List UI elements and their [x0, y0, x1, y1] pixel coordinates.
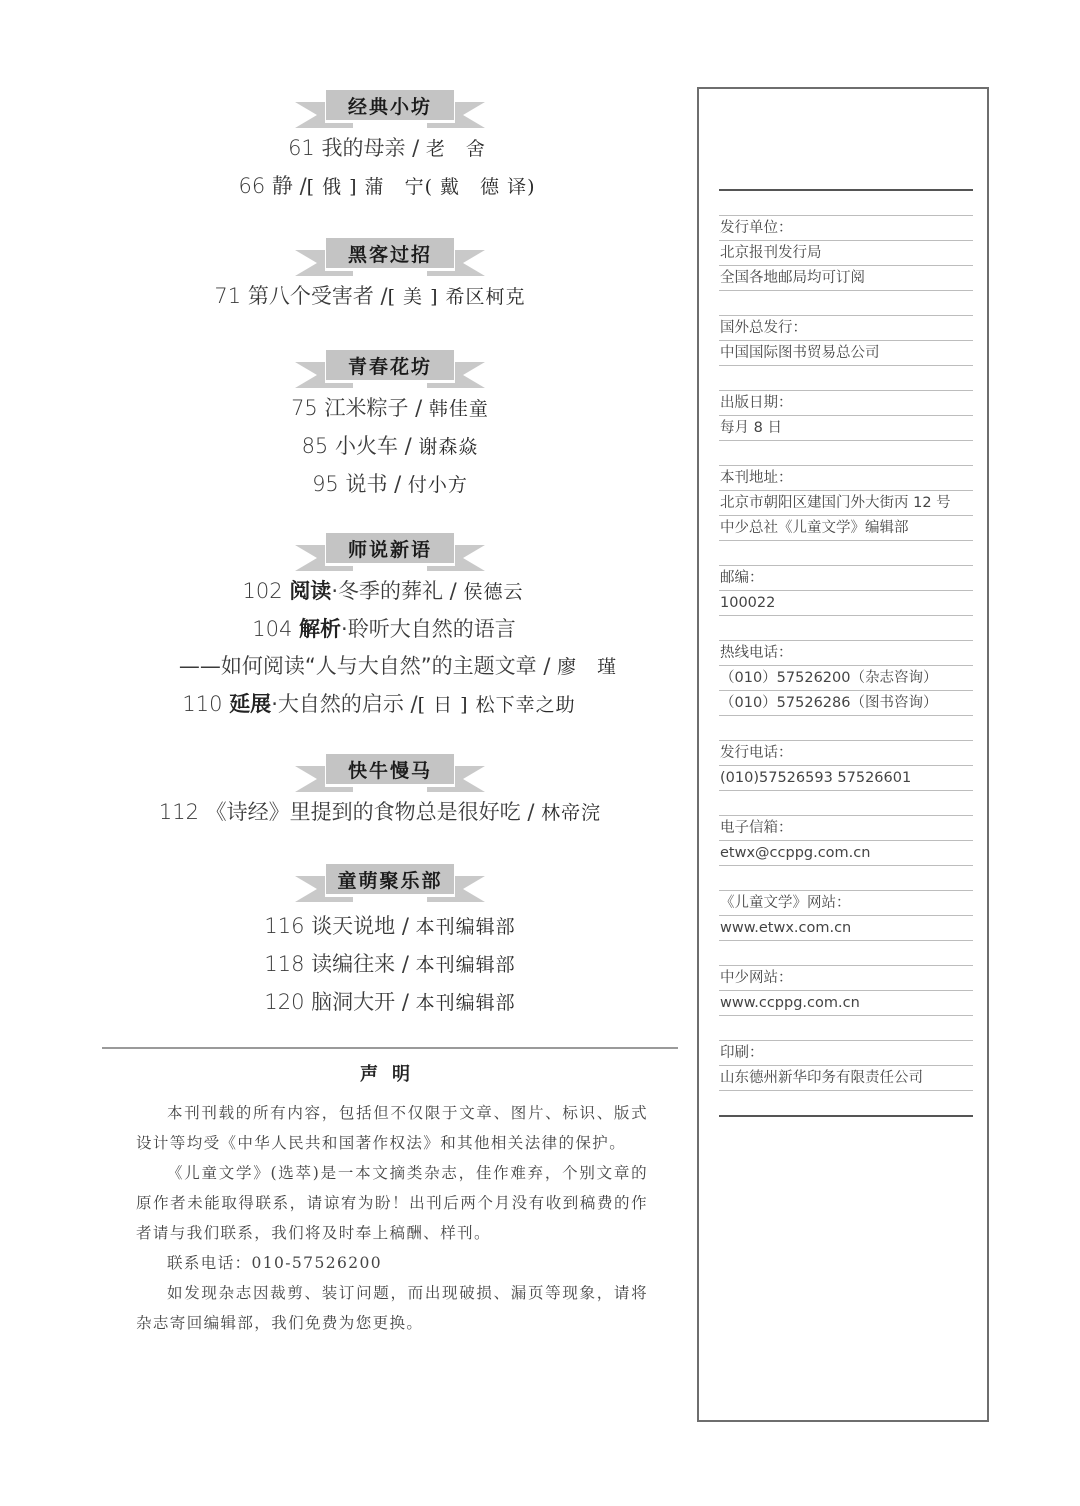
separator: /: [395, 952, 415, 976]
section-title: 经典小坊: [326, 90, 454, 122]
article-tag: 延展: [229, 692, 271, 716]
info-blank-row: [719, 541, 973, 566]
toc-section: 快牛慢马 112 《诗经》里提到的食物总是很好吃 / 林帝浣: [100, 750, 680, 832]
page-number: 75: [291, 396, 318, 420]
section-banner: 黑客过招: [295, 234, 485, 278]
article-author: 本刊编辑部: [416, 954, 516, 976]
section-title: 青春花坊: [326, 350, 454, 382]
page-number: 85: [302, 434, 329, 458]
section-banner: 经典小坊: [295, 86, 485, 130]
article-title: 小火车: [335, 434, 398, 458]
article-tag: 阅读: [289, 579, 331, 603]
article-author: 廖 瑾: [557, 656, 617, 678]
article-author: 林帝浣: [541, 802, 601, 824]
article-author: [ 俄 ] 蒲 宁( 戴 德 译): [307, 176, 536, 198]
separator: /: [537, 654, 557, 678]
info-label: 国外总发行：: [719, 316, 973, 341]
page-number: 95: [312, 472, 339, 496]
page-number: 71: [214, 284, 241, 308]
bottom-rule: [719, 1115, 973, 1117]
article-title: 第八个受害者: [248, 284, 374, 308]
info-label: 出版日期：: [719, 391, 973, 416]
toc-entry[interactable]: 104 解析·聆听大自然的语言: [88, 611, 680, 648]
toc-entry[interactable]: 75 江米粽子 / 韩佳童: [100, 390, 680, 428]
page-number: 118: [264, 952, 304, 976]
toc-section: 童萌聚乐部 116 谈天说地 / 本刊编辑部 118 读编往来 / 本刊编辑部 …: [100, 860, 680, 1022]
page-number: 66: [238, 174, 265, 198]
separator: /: [387, 472, 407, 496]
toc-entry[interactable]: 66 静 /[ 俄 ] 蒲 宁( 戴 德 译): [94, 168, 680, 206]
page-number: 61: [288, 136, 315, 160]
toc-entry-subtitle[interactable]: ——如何阅读“人与大自然”的主题文章 / 廖 瑾: [116, 648, 680, 686]
spacer: [719, 191, 973, 215]
toc-section: 黑客过招 71 第八个受害者 /[ 美 ] 希区柯克: [100, 234, 680, 316]
notice-contact-phone: 联系电话：010-57526200: [136, 1248, 648, 1278]
separator: /: [443, 579, 463, 603]
info-value: （010）57526286（图书咨询）: [719, 691, 973, 716]
article-author: 本刊编辑部: [416, 992, 516, 1014]
article-subtitle: ——如何阅读“人与大自然”的主题文章: [179, 654, 537, 678]
info-label: 中少网站：: [719, 966, 973, 991]
toc-entry[interactable]: 95 说书 / 付小方: [100, 466, 680, 504]
article-author: [ 日 ] 松下幸之助: [418, 694, 576, 716]
info-blank-row: [719, 291, 973, 316]
copyright-notice: 声明 本刊刊载的所有内容，包括但不仅限于文章、图片、标识、版式设计等均受《中华人…: [136, 1060, 648, 1338]
toc-entry[interactable]: 112 《诗经》里提到的食物总是很好吃 / 林帝浣: [80, 794, 680, 832]
info-label: 发行单位：: [719, 215, 973, 241]
article-author: 侯德云: [463, 581, 523, 603]
separator: /: [408, 396, 428, 420]
article-title: ·冬季的葬礼: [331, 579, 443, 603]
info-value: 全国各地邮局均可订阅: [719, 266, 973, 291]
toc-entry[interactable]: 71 第八个受害者 /[ 美 ] 希区柯克: [60, 278, 680, 316]
toc-entry[interactable]: 110 延展·大自然的启示 /[ 日 ] 松下幸之助: [78, 686, 680, 724]
separator: /: [374, 284, 388, 308]
toc-entry[interactable]: 118 读编往来 / 本刊编辑部: [100, 946, 680, 984]
info-website-link[interactable]: www.ccppg.com.cn: [719, 991, 973, 1016]
info-blank-row: [719, 366, 973, 391]
page-number: 102: [243, 579, 283, 603]
info-value: 中少总社《儿童文学》编辑部: [719, 516, 973, 541]
section-banner: 青春花坊: [295, 346, 485, 390]
article-author: [ 美 ] 希区柯克: [388, 286, 526, 308]
toc-section: 师说新语 102 阅读·冬季的葬礼 / 侯德云 104 解析·聆听大自然的语言 …: [100, 529, 680, 724]
toc-entry[interactable]: 116 谈天说地 / 本刊编辑部: [100, 908, 680, 946]
article-author: 本刊编辑部: [416, 916, 516, 938]
info-value: 山东德州新华印务有限责任公司: [719, 1066, 973, 1091]
separator: /: [395, 914, 415, 938]
info-blank-row: [719, 616, 973, 641]
section-banner: 快牛慢马: [295, 750, 485, 794]
section-divider: [102, 1047, 678, 1049]
page-number: 120: [264, 990, 304, 1014]
info-value: （010）57526200（杂志咨询）: [719, 666, 973, 691]
page-number: 110: [182, 692, 222, 716]
article-author: 老 舍: [426, 138, 486, 160]
article-title: 静: [272, 174, 293, 198]
info-blank-row: [719, 716, 973, 741]
info-label: 热线电话：: [719, 641, 973, 666]
spacer: [719, 1091, 973, 1115]
info-blank-row: [719, 1016, 973, 1041]
article-title: 脑洞大开: [311, 990, 395, 1014]
article-title: 《诗经》里提到的食物总是很好吃: [206, 800, 521, 824]
publication-info-list: 发行单位： 北京报刊发行局 全国各地邮局均可订阅 国外总发行： 中国国际图书贸易…: [719, 189, 973, 1117]
toc-entry[interactable]: 102 阅读·冬季的葬礼 / 侯德云: [86, 573, 680, 611]
page-number: 116: [264, 914, 304, 938]
toc-entry[interactable]: 85 小火车 / 谢森焱: [100, 428, 680, 466]
article-tag: 解析: [299, 617, 341, 641]
toc-entry[interactable]: 61 我的母亲 / 老 舍: [94, 130, 680, 168]
info-blank-row: [719, 441, 973, 466]
separator: /: [405, 136, 425, 160]
article-title: 我的母亲: [321, 136, 405, 160]
info-blank-row: [719, 791, 973, 816]
info-blank-row: [719, 941, 973, 966]
separator: /: [293, 174, 307, 198]
article-author: 韩佳童: [429, 398, 489, 420]
section-banner: 童萌聚乐部: [295, 860, 485, 904]
notice-paragraph: 《儿童文学》(选萃)是一本文摘类杂志，佳作难弃，个别文章的原作者未能取得联系，请…: [136, 1158, 648, 1248]
info-value: 100022: [719, 591, 973, 616]
info-website-link[interactable]: www.etwx.com.cn: [719, 916, 973, 941]
info-label: 邮编：: [719, 566, 973, 591]
info-value: 北京市朝阳区建国门外大街丙 12 号: [719, 491, 973, 516]
section-title: 童萌聚乐部: [326, 864, 454, 896]
section-banner: 师说新语: [295, 529, 485, 573]
info-label: 《儿童文学》网站：: [719, 891, 973, 916]
info-value: (010)57526593 57526601: [719, 766, 973, 791]
toc-entry[interactable]: 120 脑洞大开 / 本刊编辑部: [100, 984, 680, 1022]
section-title: 师说新语: [326, 533, 454, 565]
section-title: 黑客过招: [326, 238, 454, 270]
article-title: 谈天说地: [311, 914, 395, 938]
info-value: 北京报刊发行局: [719, 241, 973, 266]
article-title: 江米粽子: [324, 396, 408, 420]
article-title: 说书: [345, 472, 387, 496]
info-label: 电子信箱：: [719, 816, 973, 841]
info-value: 中国国际图书贸易总公司: [719, 341, 973, 366]
info-label: 印刷：: [719, 1041, 973, 1066]
info-label: 本刊地址：: [719, 466, 973, 491]
article-title: ·聆听大自然的语言: [341, 617, 516, 641]
separator: /: [404, 692, 418, 716]
section-title: 快牛慢马: [326, 754, 454, 786]
article-title: ·大自然的启示: [271, 692, 404, 716]
article-title: 读编往来: [311, 952, 395, 976]
publication-info-box: 发行单位： 北京报刊发行局 全国各地邮局均可订阅 国外总发行： 中国国际图书贸易…: [697, 87, 989, 1422]
separator: /: [521, 800, 541, 824]
info-email[interactable]: etwx@ccppg.com.cn: [719, 841, 973, 866]
notice-paragraph: 本刊刊载的所有内容，包括但不仅限于文章、图片、标识、版式设计等均受《中华人民共和…: [136, 1098, 648, 1158]
info-blank-row: [719, 866, 973, 891]
article-author: 付小方: [408, 474, 468, 496]
info-value: 每月 8 日: [719, 416, 973, 441]
separator: /: [395, 990, 415, 1014]
toc-section: 经典小坊 61 我的母亲 / 老 舍 66 静 /[ 俄 ] 蒲 宁( 戴 德 …: [100, 86, 680, 206]
separator: /: [398, 434, 418, 458]
notice-paragraph: 如发现杂志因裁剪、装订问题，而出现破损、漏页等现象，请将杂志寄回编辑部，我们免费…: [136, 1278, 648, 1338]
page-number: 112: [159, 800, 199, 824]
toc-section: 青春花坊 75 江米粽子 / 韩佳童 85 小火车 / 谢森焱 95 说书 / …: [100, 346, 680, 504]
info-label: 发行电话：: [719, 741, 973, 766]
notice-heading: 声明: [136, 1060, 648, 1086]
page-number: 104: [252, 617, 292, 641]
article-author: 谢森焱: [418, 436, 478, 458]
